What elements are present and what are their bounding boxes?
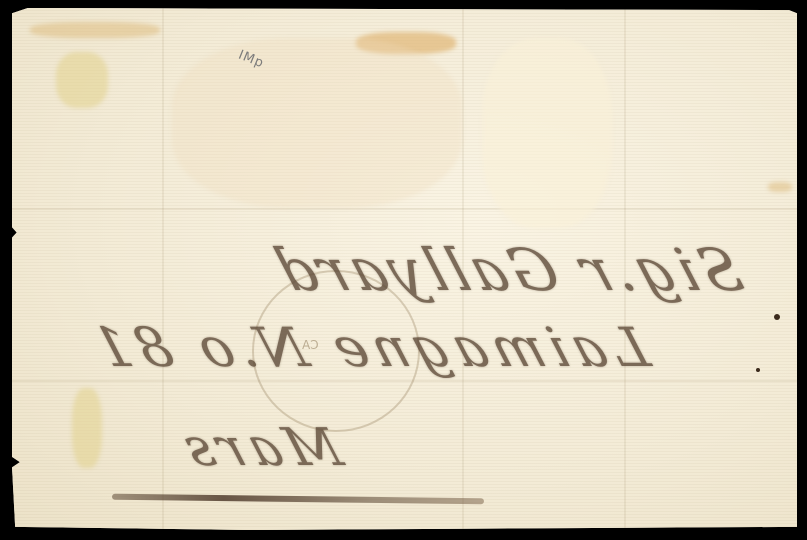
- fold-line: [162, 8, 164, 530]
- document-scan: IMp CA Sig.r Gallyard Laimagne N.o 81 Ma…: [0, 0, 807, 540]
- toning-stain: [30, 22, 160, 38]
- toning-stain: [172, 38, 462, 208]
- toning-stain: [56, 52, 108, 108]
- ink-spot: [756, 368, 760, 372]
- address-line-3: Mars: [170, 418, 349, 478]
- ink-spot: [774, 314, 780, 320]
- ink-underline: [112, 494, 484, 505]
- fold-line: [12, 208, 797, 210]
- address-line-2: Laimagne N.o 81: [80, 316, 657, 379]
- toning-stain: [482, 38, 612, 228]
- toning-stain: [768, 182, 792, 192]
- letter-sheet: IMp CA Sig.r Gallyard Laimagne N.o 81 Ma…: [12, 8, 797, 530]
- toning-stain: [72, 388, 102, 468]
- address-line-1: Sig.r Gallyard: [263, 236, 751, 304]
